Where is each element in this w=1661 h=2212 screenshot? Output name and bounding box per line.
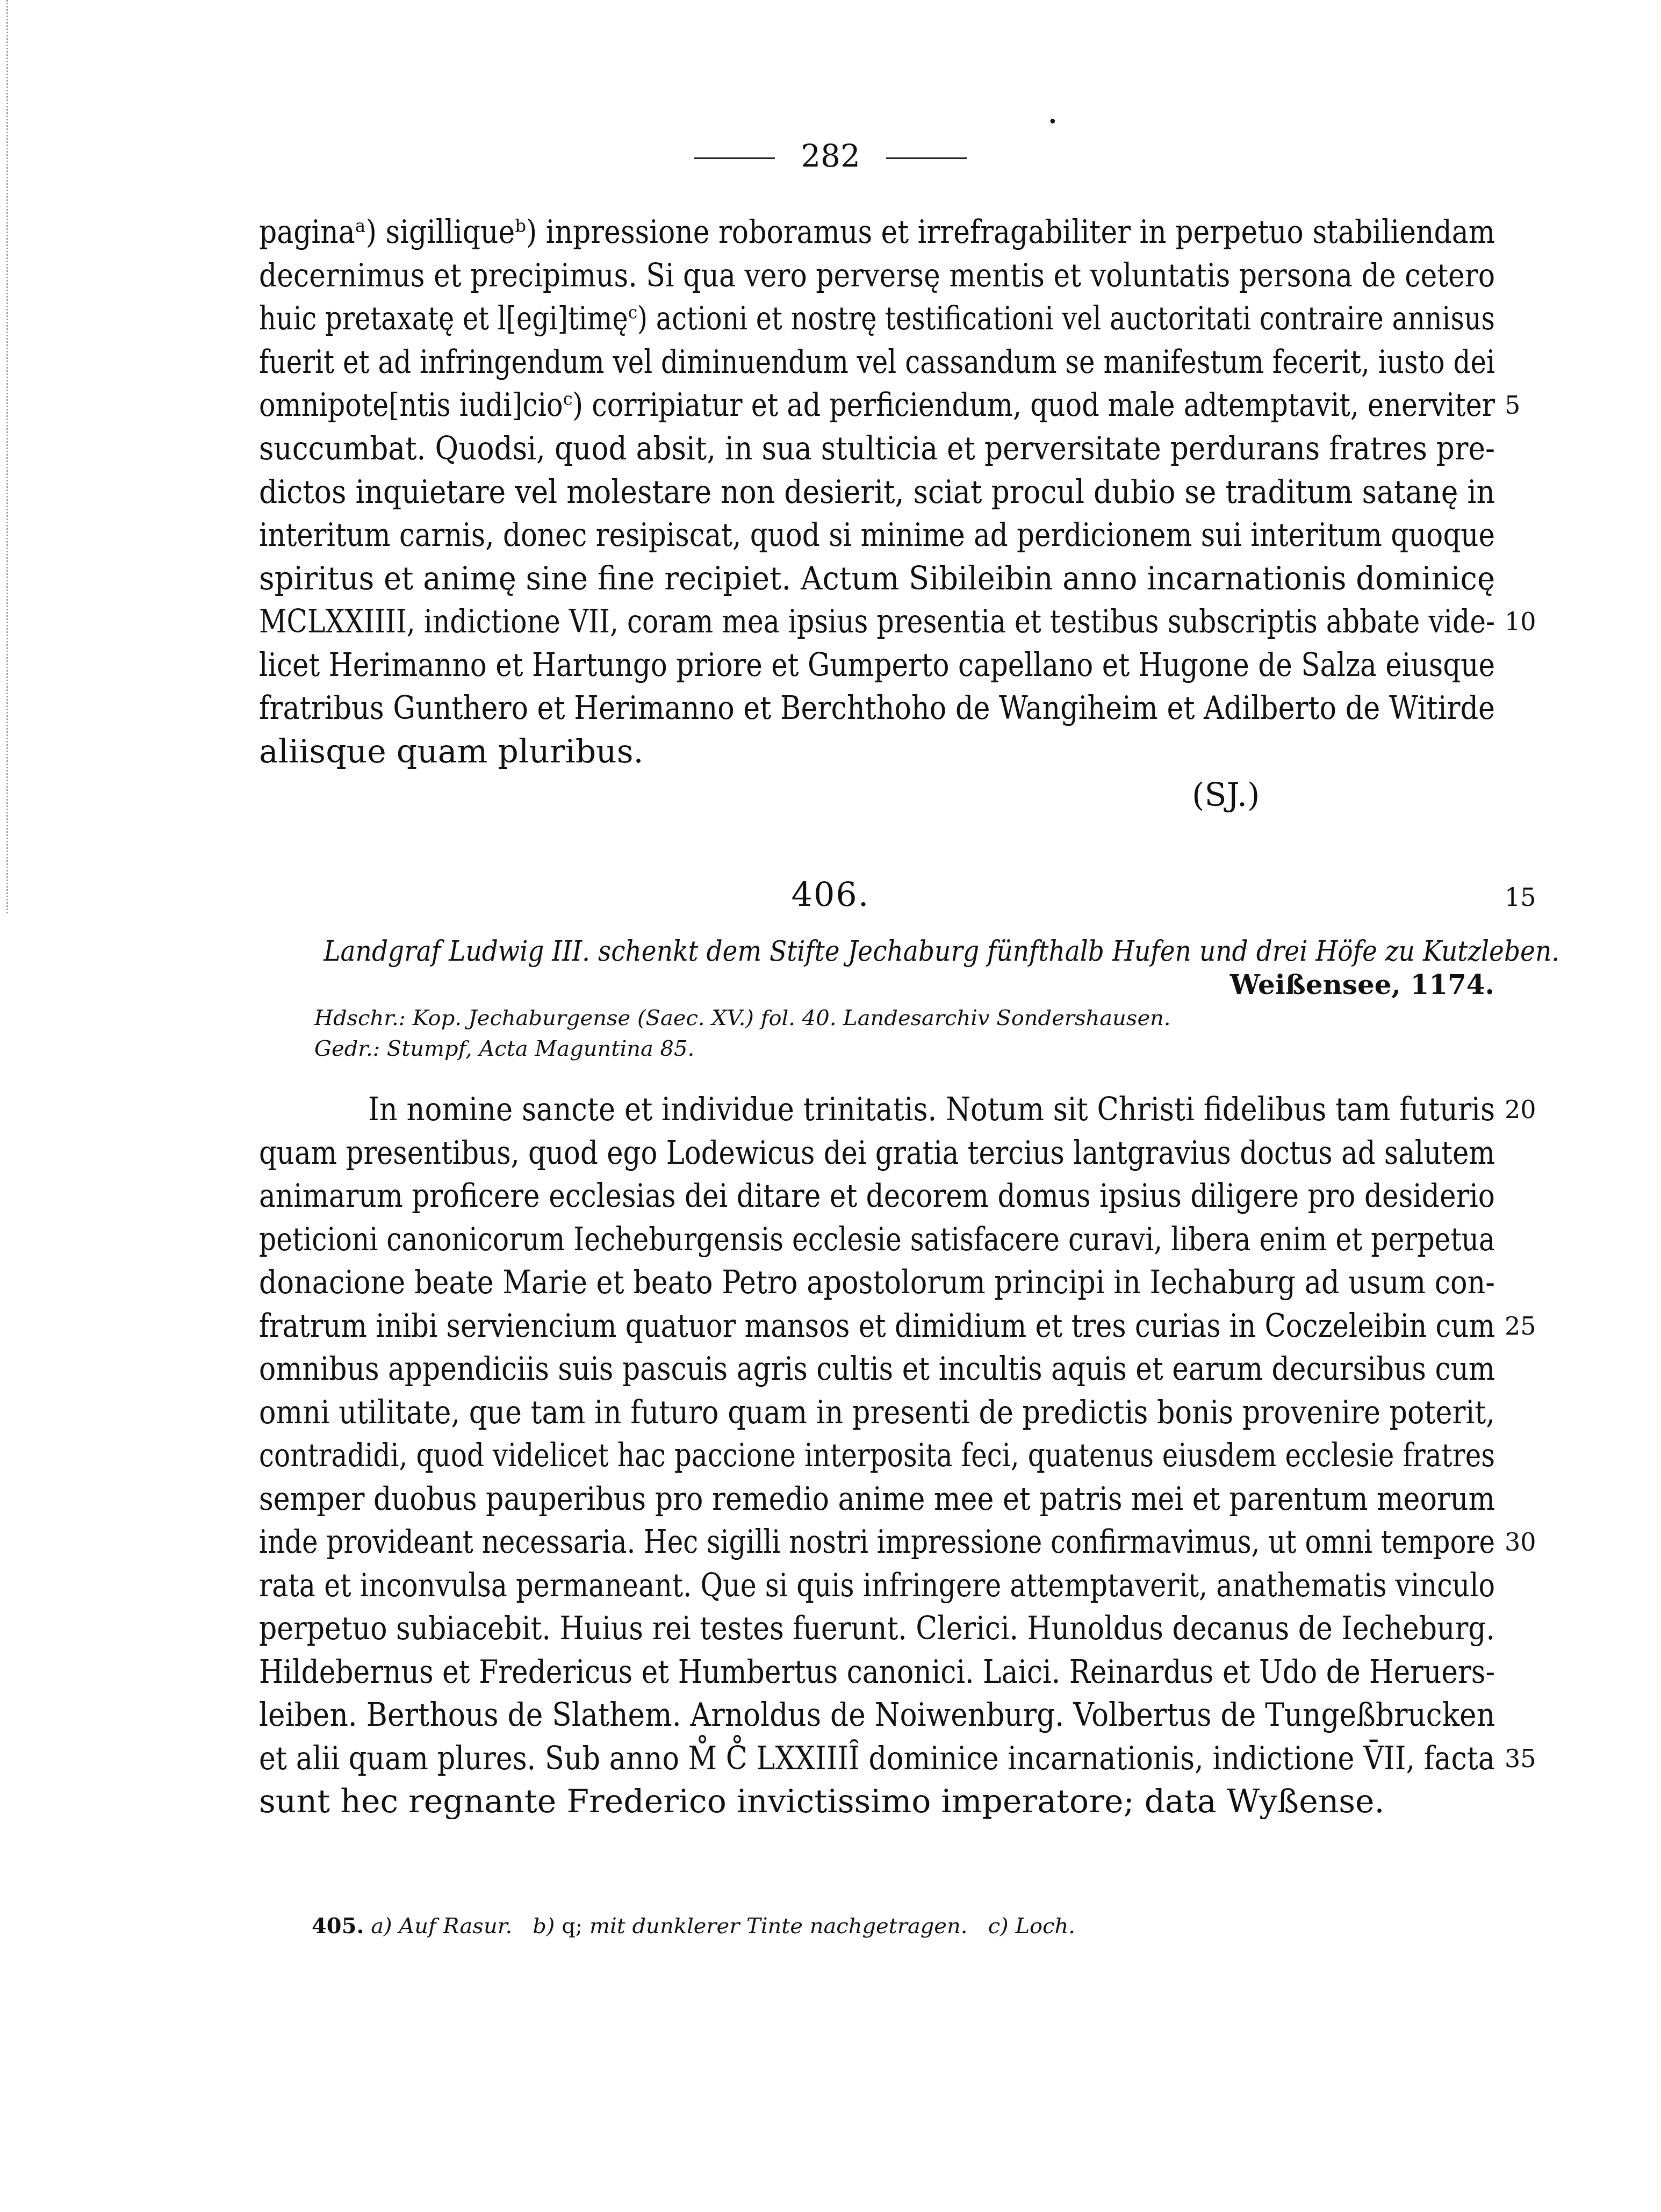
footnote-c-text: Loch. — [1015, 1914, 1075, 1939]
text-line: inde provideant necessaria. Hec sigilli … — [259, 1521, 1495, 1563]
page-number: 282 — [801, 138, 860, 174]
print-source: Gedr.: Stumpf, Acta Maguntina 85. — [314, 1034, 694, 1063]
line-number: 5 — [1505, 384, 1520, 427]
footnote-b-q: q; — [562, 1914, 583, 1939]
text-line: omnipote[ntis iudi]cioᶜ) corripiatur et … — [259, 384, 1495, 427]
text-line: aliisque quam pluribus. — [259, 730, 1495, 773]
place-date: Weißensee, 1174. — [1230, 967, 1494, 1003]
footnotes: 405. a) Auf Rasur. b) q; mit dunklerer T… — [312, 1910, 1075, 1942]
stray-mark: • — [1048, 113, 1058, 132]
text-line: spiritus et animę sine fine recipiet. Ac… — [259, 557, 1495, 600]
footnote-doc-number: 405. — [312, 1913, 364, 1939]
text-line: donacione beate Marie et beato Petro apo… — [259, 1261, 1495, 1304]
line-number: 25 — [1505, 1305, 1536, 1348]
footnote-c-label: c) — [988, 1914, 1009, 1939]
footnote-b-text: mit dunklerer Tinte nachgetragen. — [589, 1914, 968, 1939]
line-number: 35 — [1505, 1737, 1536, 1780]
line-number: 20 — [1505, 1088, 1536, 1131]
header-dash-left — [694, 157, 775, 159]
text-line: huic pretaxatę et l[egi]timęᶜ) actioni e… — [259, 297, 1495, 340]
text-line: omni utilitate, que tam in futuro quam i… — [259, 1391, 1495, 1434]
text-line: fuerit et ad infringendum vel diminuendu… — [259, 341, 1495, 384]
footnote-a-text: Auf Rasur. — [399, 1914, 512, 1939]
manuscript-source: Hdschr.: Kop. Jechaburgense (Saec. XV.) … — [314, 1004, 1171, 1033]
header-dash-right — [886, 157, 967, 159]
line-number: 30 — [1505, 1521, 1536, 1563]
seal-mark: (SJ.) — [1192, 774, 1260, 817]
text-line: decernimus et precipimus. Si qua vero pe… — [259, 254, 1495, 297]
text-line: licet Herimanno et Hartungo priore et Gu… — [259, 644, 1495, 687]
document-number: 406. — [0, 873, 1661, 916]
text-line: leiben. Berthous de Slathem. Arnoldus de… — [259, 1694, 1495, 1737]
text-line: peticioni canonicorum Iecheburgensis ecc… — [259, 1218, 1495, 1261]
text-line: fratribus Gunthero et Herimanno et Berch… — [259, 687, 1495, 730]
line-number: 15 — [1505, 876, 1536, 919]
text-line: semper duobus pauperibus pro remedio ani… — [259, 1478, 1495, 1521]
line-number: 10 — [1505, 600, 1536, 643]
text-line: rata et inconvulsa permaneant. Que si qu… — [259, 1564, 1495, 1607]
text-line: In nomine sancte et individue trinitatis… — [368, 1088, 1495, 1131]
regest-heading: Landgraf Ludwig III. schenkt dem Stifte … — [323, 934, 1559, 969]
text-line: paginaᵃ) sigilliqueᵇ) inpressione robora… — [259, 211, 1495, 254]
text-line: et alii quam plures. Sub anno M̊ C̊ LXXI… — [259, 1737, 1495, 1780]
text-line: omnibus appendiciis suis pascuis agris c… — [259, 1348, 1495, 1390]
footnote-b-label: b) — [533, 1914, 555, 1939]
text-line: quam presentibus, quod ego Lodewicus dei… — [259, 1132, 1495, 1175]
footnote-a-label: a) — [371, 1914, 392, 1939]
text-line: sunt hec regnante Frederico invictissimo… — [259, 1780, 1495, 1823]
text-line: succumbat. Quodsi, quod absit, in sua st… — [259, 427, 1495, 470]
text-line: animarum proficere ecclesias dei ditare … — [259, 1175, 1495, 1217]
text-line: interitum carnis, donec resipiscat, quod… — [259, 514, 1495, 557]
text-line: dictos inquietare vel molestare non desi… — [259, 471, 1495, 514]
text-line: Hildebernus et Fredericus et Humbertus c… — [259, 1651, 1495, 1694]
text-line: contradidi, quod videlicet hac paccione … — [259, 1434, 1495, 1477]
page-header: 282 — [0, 137, 1661, 175]
text-line: MCLXXIIII, indictione VII, coram mea ips… — [259, 600, 1495, 643]
text-line: fratrum inibi serviencium quatuor mansos… — [259, 1305, 1495, 1348]
text-line: perpetuo subiacebit. Huius rei testes fu… — [259, 1607, 1495, 1650]
